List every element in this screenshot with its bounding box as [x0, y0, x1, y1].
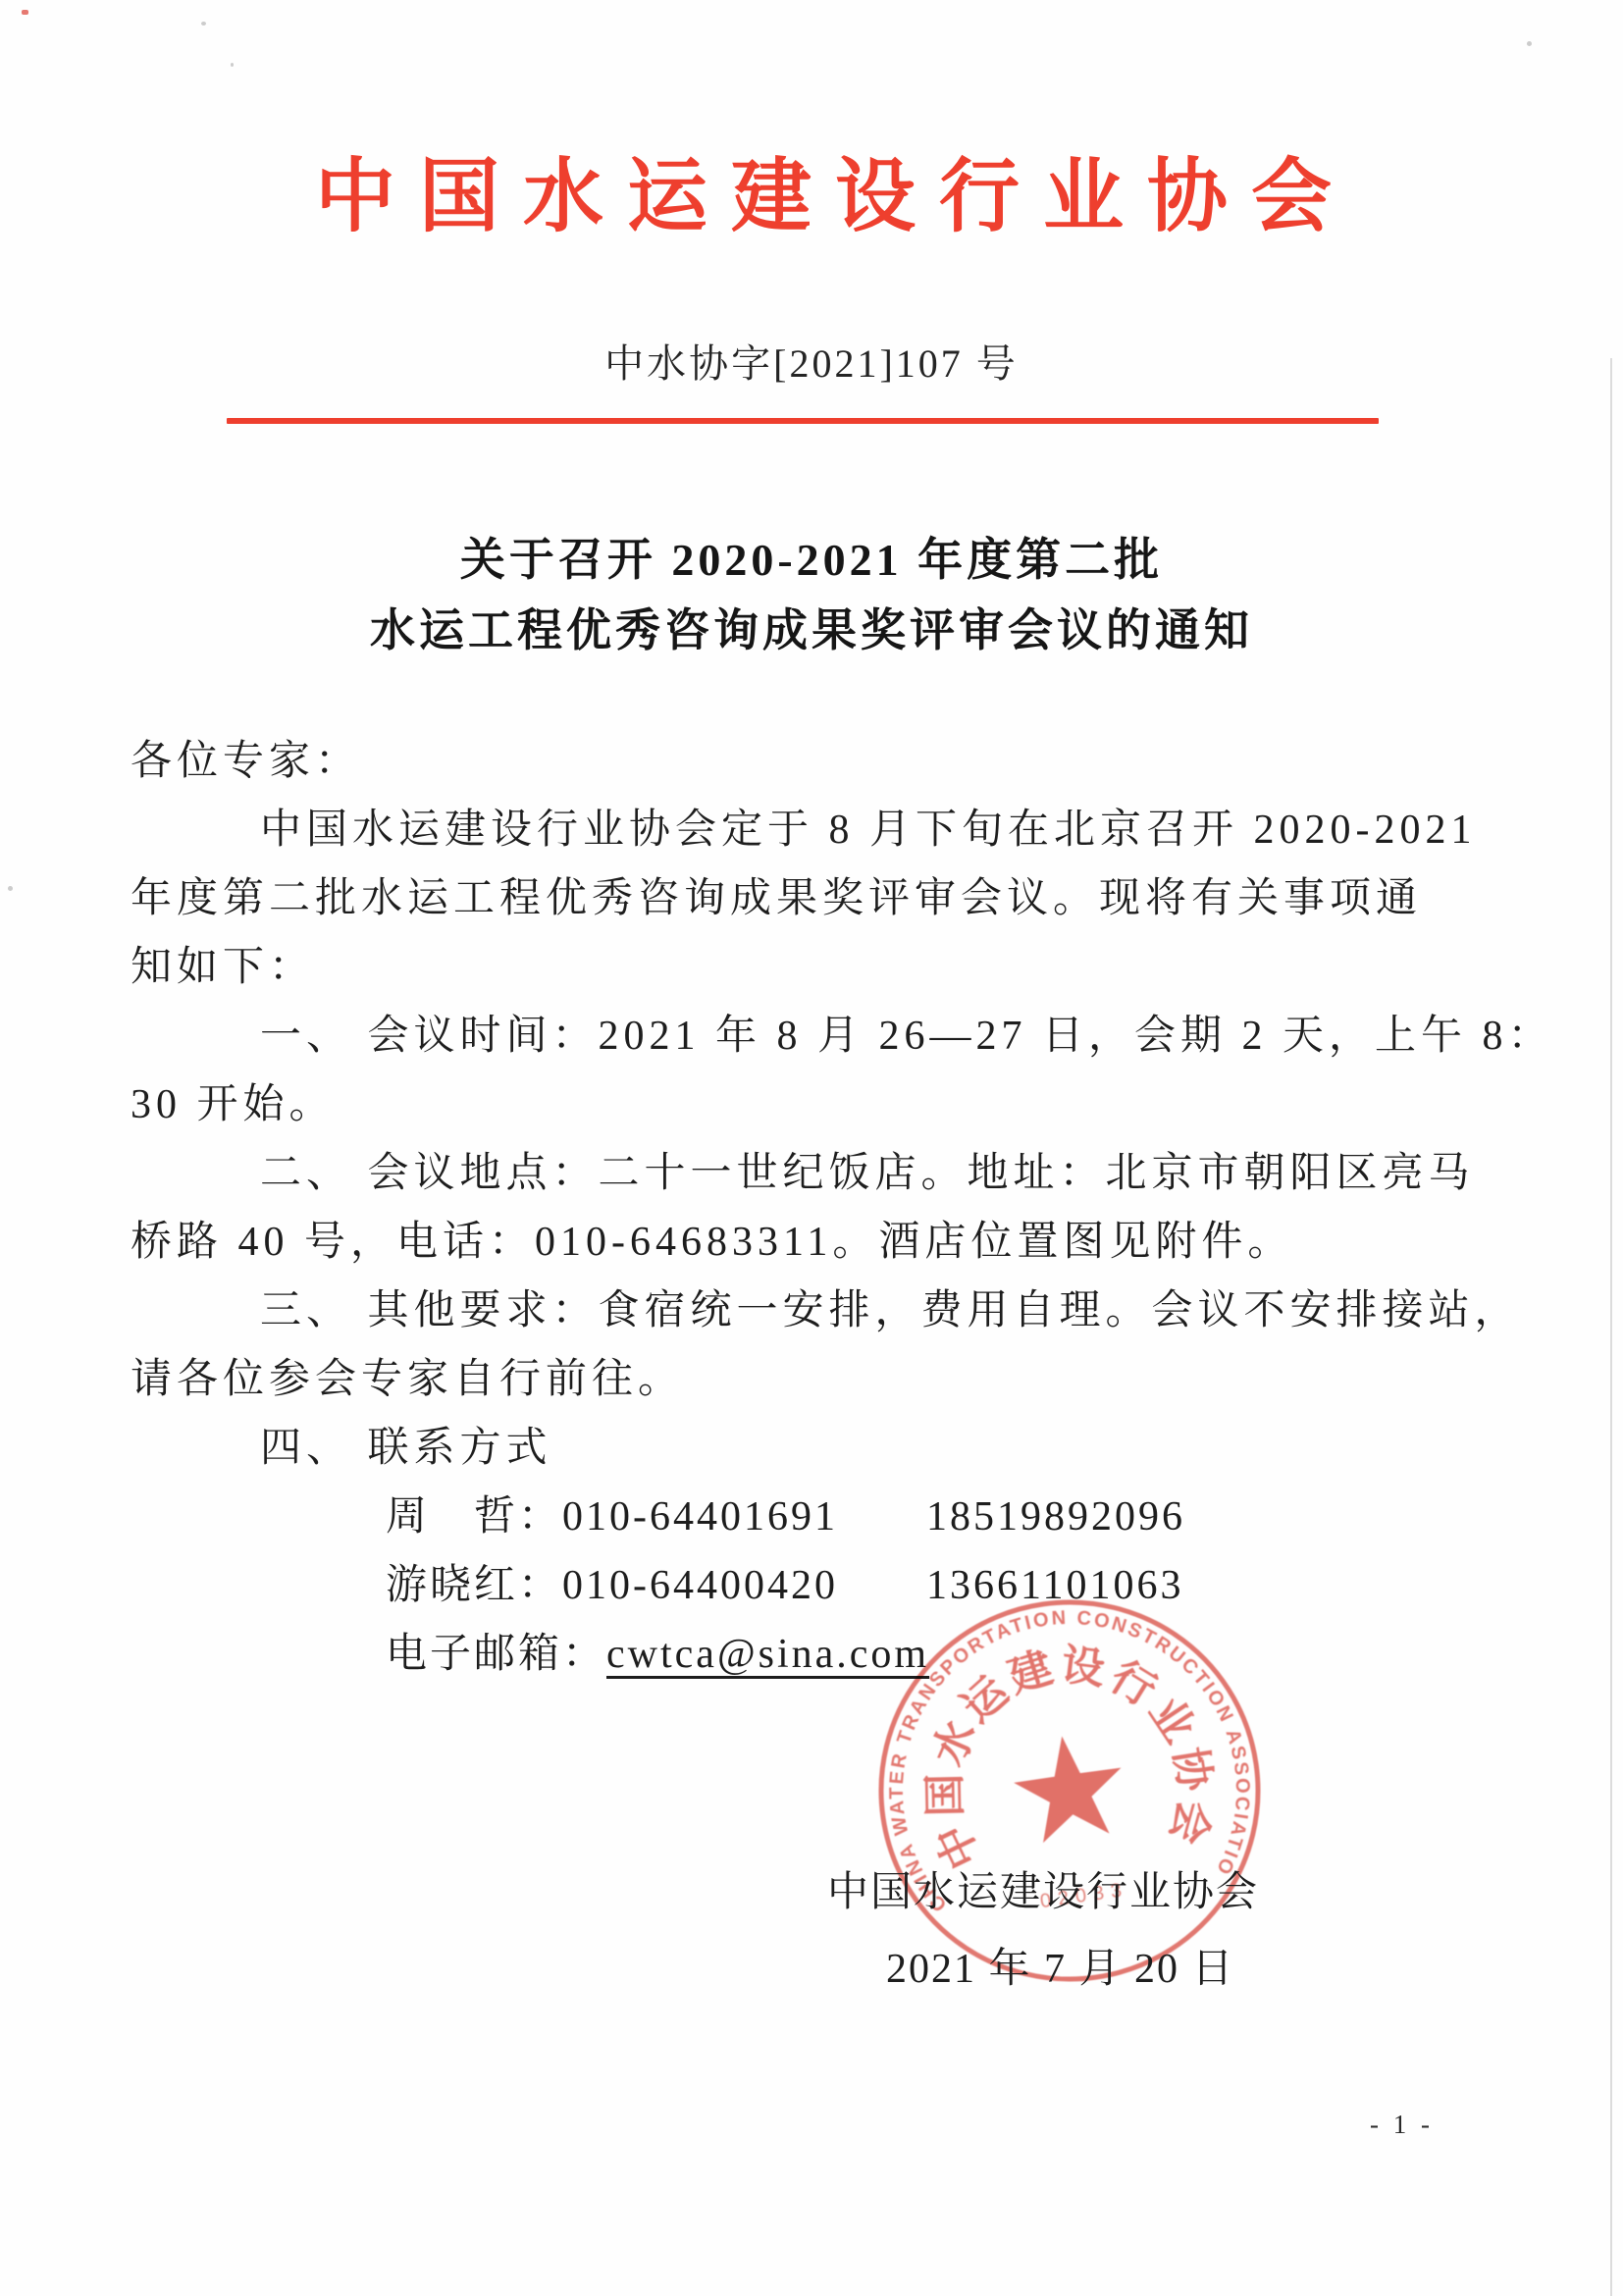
contact-line-you: 游晓红：010-64400420 13661101063: [131, 1551, 1504, 1620]
page-number: - 1 -: [1370, 2110, 1434, 2140]
contact-label: 电子邮箱：: [386, 1632, 606, 1677]
contact-phones: 010-64401691 18519892096: [562, 1494, 1185, 1539]
scan-speck: [22, 10, 28, 15]
contact-label: 周 哲：: [386, 1494, 562, 1539]
header-divider-rule: [227, 418, 1379, 424]
body-line: 中国水运建设行业协会定于 8 月下旬在北京召开 2020-2021: [131, 796, 1504, 864]
scan-edge-artifact: [1610, 358, 1612, 2296]
contact-line-zhou: 周 哲：010-64401691 18519892096: [131, 1483, 1504, 1551]
scan-speck: [201, 22, 206, 26]
body-line: 三、 其他要求：食宿统一安排，费用自理。会议不安排接站，: [131, 1277, 1504, 1345]
notice-body: 各位专家： 中国水运建设行业协会定于 8 月下旬在北京召开 2020-2021 …: [131, 727, 1504, 1689]
official-seal: CHINA WATER TRANSPORTATION CONSTRUCTION …: [864, 1585, 1276, 1997]
body-line: 四、 联系方式: [131, 1414, 1504, 1483]
contact-line-email: 电子邮箱：cwtca@sina.com: [131, 1620, 1504, 1689]
contact-label: 游晓红：: [386, 1563, 562, 1608]
scan-speck: [1527, 41, 1532, 46]
seal-star-icon: [1009, 1729, 1130, 1846]
signature-organization: 中国水运建设行业协会: [827, 1862, 1259, 1923]
scan-speck: [8, 886, 13, 891]
salutation: 各位专家：: [131, 727, 1504, 796]
document-number: 中水协字[2021]107 号: [0, 336, 1623, 392]
seal-group: CHINA WATER TRANSPORTATION CONSTRUCTION …: [864, 1585, 1276, 1997]
body-line: 请各位参会专家自行前往。: [131, 1345, 1504, 1414]
body-line: 知如下：: [131, 933, 1504, 1002]
notice-title-line2: 水运工程优秀咨询成果奖评审会议的通知: [0, 597, 1623, 665]
body-line: 桥路 40 号，电话：010-64683311。酒店位置图见附件。: [131, 1208, 1504, 1277]
seal-graphic: CHINA WATER TRANSPORTATION CONSTRUCTION …: [864, 1585, 1276, 1997]
organization-title: 中国水运建设行业协会: [0, 143, 1623, 251]
body-line: 年度第二批水运工程优秀咨询成果奖评审会议。现将有关事项通: [131, 864, 1504, 933]
scan-speck: [231, 63, 234, 67]
body-line: 30 开始。: [131, 1070, 1504, 1139]
body-line: 二、 会议地点：二十一世纪饭店。地址：北京市朝阳区亮马: [131, 1139, 1504, 1208]
body-line: 一、 会议时间：2021 年 8 月 26—27 日，会期 2 天，上午 8：: [131, 1002, 1504, 1070]
notice-title-line1: 关于召开 2020-2021 年度第二批: [0, 526, 1623, 595]
scanned-notice-page: 中国水运建设行业协会 中水协字[2021]107 号 关于召开 2020-202…: [0, 0, 1623, 2296]
signature-date: 2021 年 7 月 20 日: [886, 1939, 1235, 2000]
